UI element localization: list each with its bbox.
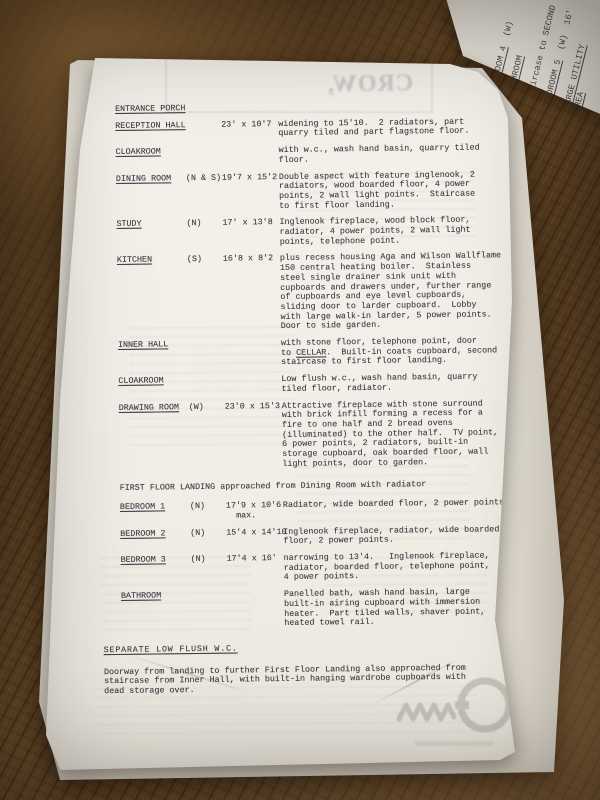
room-name: BEDROOM 1: [120, 502, 165, 513]
photo-of-property-particulars: BEDROOM 4 (W)BATHROOMStaircase to SECOND…: [0, 0, 600, 800]
paragraph: FIRST FLOOR LANDING approached from Dini…: [120, 478, 540, 493]
room-description: Inglenook fireplace, radiator, wide boar…: [283, 524, 540, 547]
room-aspect: (N): [191, 555, 227, 585]
room-name: RECEPTION HALL: [115, 120, 185, 131]
room-row: BATHROOM Panelled bath, wash hand basin,…: [121, 587, 541, 631]
room-row: CLOAKROOM Low flush w.c., wash hand basi…: [118, 372, 538, 397]
room-aspect: [186, 147, 222, 167]
section-heading: SEPARATE LOW FLUSH W.C.: [104, 641, 542, 656]
room-name: CLOAKROOM: [118, 376, 163, 387]
room-aspect: [188, 340, 224, 370]
room-description: with stone floor, telephone point, door …: [281, 336, 538, 368]
room-aspect: (N & S): [186, 173, 222, 212]
room-name: KITCHEN: [117, 255, 152, 265]
room-dimensions: [222, 146, 279, 166]
room-name: DRAWING ROOM: [119, 402, 179, 413]
room-name: INNER HALL: [118, 339, 168, 350]
room-dimensions: [224, 375, 281, 395]
main-page: CROW, ENTRANCE PORCH: [35, 45, 580, 790]
room-description: Double aspect with feature inglenook, 2 …: [279, 169, 536, 211]
room-row: BEDROOM 1 (N) 17'9 x 10'6 max. Radiator,…: [120, 498, 540, 523]
room-aspect: [185, 104, 221, 114]
room-aspect: (N): [190, 502, 226, 522]
cover-title-mirrored-text: CROW,: [327, 70, 414, 98]
room-dimensions: [227, 590, 284, 630]
room-dimensions: 19'7 x 15'2: [222, 173, 279, 213]
room-dimensions: [221, 103, 278, 113]
room-row: INNER HALL with stone floor, telephone p…: [118, 336, 538, 370]
room-description: [278, 100, 535, 113]
typed-content: ENTRANCE PORCH RECEPTION HALL 23' x 10'7…: [115, 100, 542, 707]
room-name: DINING ROOM: [116, 173, 171, 184]
room-dimensions: 16'8 x 8'2: [223, 254, 281, 332]
room-description: widening to 15'10. 2 radiators, part qua…: [278, 117, 535, 140]
main-page-paper: CROW, ENTRANCE PORCH: [35, 45, 580, 790]
room-description: Low flush w.c., wash hand basin, quarry …: [281, 372, 538, 395]
room-aspect: (N): [186, 219, 222, 249]
room-name: CLOAKROOM: [116, 147, 161, 158]
room-aspect: (W): [189, 402, 226, 470]
room-dimensions: 23' x 10'7: [221, 120, 278, 140]
room-description: Inglenook fireplace, wood block floor, r…: [279, 215, 536, 247]
room-dimensions: 17'9 x 10'6 max.: [226, 501, 283, 521]
room-description: plus recess housing Aga and Wilson Wallf…: [280, 251, 538, 332]
room-dimensions: 23'0 x 15'3: [225, 402, 283, 471]
room-row: DINING ROOM (N & S) 19'7 x 15'2 Double a…: [116, 169, 536, 213]
paragraph: Doorway from landing to further First Fl…: [104, 662, 542, 696]
room-description: narrowing to 13'4. Inglenook fireplace, …: [283, 551, 540, 583]
room-row: DRAWING ROOM (W) 23'0 x 15'3 Attractive …: [119, 398, 540, 471]
room-row: CLOAKROOM with w.c., wash hand basin, qu…: [116, 143, 536, 168]
room-aspect: [188, 376, 224, 396]
room-name: BEDROOM 3: [120, 554, 165, 565]
room-dimensions: 15'4 x 14'10: [226, 528, 283, 548]
room-name: BATHROOM: [121, 591, 161, 601]
room-aspect: (S): [187, 255, 224, 333]
room-dimensions: 17'4 x 16': [227, 554, 284, 584]
room-description: with w.c., wash hand basin, quarry tiled…: [279, 143, 536, 166]
room-row: RECEPTION HALL 23' x 10'7 widening to 15…: [115, 117, 535, 142]
room-dimensions: [224, 339, 281, 369]
room-dimensions: 17' x 13'8: [222, 218, 279, 248]
room-name: ENTRANCE PORCH: [115, 103, 185, 114]
room-aspect: [191, 591, 227, 630]
room-description: Attractive fireplace with stone surround…: [282, 398, 540, 469]
room-name: BEDROOM 2: [120, 528, 165, 539]
room-row: STUDY (N) 17' x 13'8 Inglenook fireplace…: [116, 215, 536, 249]
section-heading-text: SEPARATE LOW FLUSH W.C.: [104, 643, 238, 655]
room-row: BEDROOM 2 (N) 15'4 x 14'10 Inglenook fir…: [120, 524, 540, 549]
room-description: Radiator, wide boarded floor, 2 power po…: [283, 498, 540, 521]
room-aspect: (N): [190, 528, 226, 548]
room-description: Panelled bath, wash hand basin, large bu…: [284, 587, 541, 629]
room-row: BEDROOM 3 (N) 17'4 x 16' narrowing to 13…: [121, 551, 541, 585]
room-name: STUDY: [116, 219, 141, 229]
room-row: KITCHEN (S) 16'8 x 8'2 plus recess housi…: [117, 251, 538, 334]
room-row: ENTRANCE PORCH: [115, 100, 535, 115]
room-aspect: [185, 120, 221, 140]
